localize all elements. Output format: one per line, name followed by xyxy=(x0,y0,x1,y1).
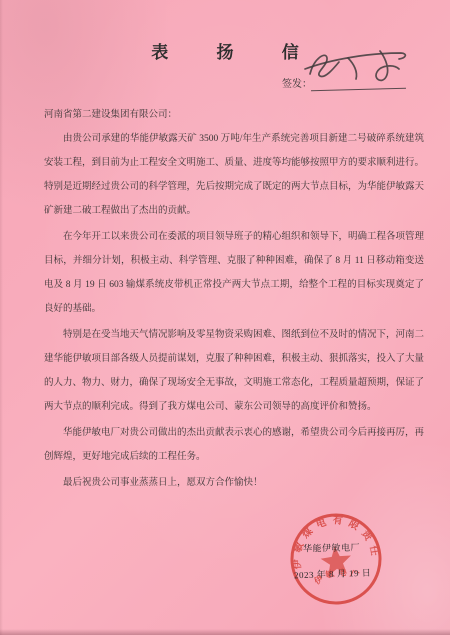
handwritten-signature-icon xyxy=(300,44,418,92)
letter-paragraph: 最后祝贵公司事业蒸蒸日上，愿双方合作愉快！ xyxy=(44,471,424,495)
letter-paragraph: 在今年开工以来贵公司在委派的项目领导班子的精心组织和领导下，明确工程各项管理目标… xyxy=(44,225,424,321)
signature-org: 华能伊敏电厂 xyxy=(303,541,360,555)
paper-edge-left xyxy=(0,0,3,635)
letter-paragraphs: 由贵公司承建的华能伊敏露天矿 3500 万吨/年生产系统完善项目新建二号破碎系统… xyxy=(44,127,424,495)
official-seal-stamp: 华能伊敏煤电有限责任公司 伊敏电厂 xyxy=(288,511,384,607)
signature-date: 2023 年 8 月 19 日 xyxy=(294,566,372,582)
letter-paragraph: 华能伊敏电厂对贵公司做出的杰出贡献表示衷心的感谢，希望贵公司今后再接再厉，再创辉… xyxy=(44,421,424,469)
letter-paragraph: 由贵公司承建的华能伊敏露天矿 3500 万吨/年生产系统完善项目新建二号破碎系统… xyxy=(44,127,424,223)
salutation: 河南省第二建设集团有限公司： xyxy=(44,103,424,127)
commendation-letter-page: 表 扬 信 签发： 河南省第二建设集团有限公司： 由贵公司承建的华能伊敏露天矿 … xyxy=(0,0,450,635)
paper-edge-bottom xyxy=(0,629,450,635)
letter-body: 河南省第二建设集团有限公司： 由贵公司承建的华能伊敏露天矿 3500 万吨/年生… xyxy=(44,103,424,497)
letter-paragraph: 特别是在受当地天气情况影响及零星物资采购困难、图纸到位不及时的情况下，河南二建华… xyxy=(44,323,424,419)
